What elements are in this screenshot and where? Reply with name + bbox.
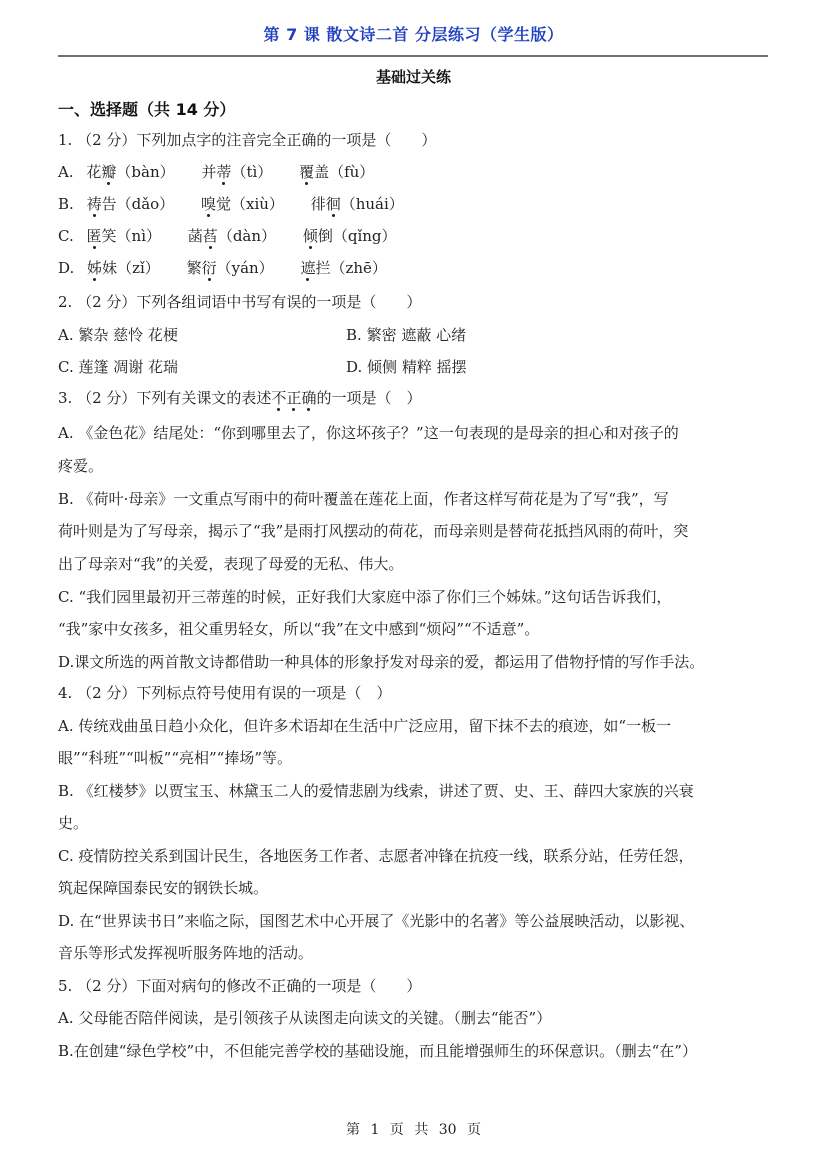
question-3-stem: 3. （2 分）下列有关课文的表述不正确的一项是（ ）: [58, 388, 421, 408]
question-3-option-b-line-3: 出了母亲对“我”的关爱，表现了母爱的无私、伟大。: [58, 554, 403, 574]
header-divider: [58, 55, 768, 57]
question-1-option-b: B. 祷告（dǎo） 嗅觉（xiù） 徘徊（huái）: [58, 194, 404, 214]
question-4-option-c-line-2: 筑起保障国泰民安的钢铁长城。: [58, 878, 268, 898]
question-4-option-b-line-1: B. 《红楼梦》以贾宝玉、林黛玉二人的爱情悲剧为线索，讲述了贾、史、王、薛四大家…: [58, 781, 694, 801]
question-2-option-b: B. 繁密 遮蔽 心绪: [346, 325, 466, 345]
question-1-stem: 1. （2 分）下列加点字的注音完全正确的一项是（ ）: [58, 130, 436, 150]
question-3-option-c-line-2: “我”家中女孩多，祖父重男轻女，所以“我”在文中感到“烦闷”“不适意”。: [58, 619, 539, 639]
question-2-stem: 2. （2 分）下列各组词语中书写有误的一项是（ ）: [58, 292, 421, 312]
question-5-option-a: A. 父母能否陪伴阅读，是引领孩子从读图走向读文的关键。（删去“能否”）: [58, 1008, 551, 1028]
question-2-options-row-1: A. 繁杂 慈怜 花梗 B. 繁密 遮蔽 心绪: [58, 325, 768, 345]
section-subtitle: 基础过关练: [0, 66, 827, 87]
question-3-option-c-line-1: C. “我们园里最初开三蒂莲的时候，正好我们大家庭中添了你们三个姊妹。”这句话告…: [58, 587, 671, 607]
question-4-option-a-line-1: A. 传统戏曲虽日趋小众化，但许多术语却在生活中广泛应用，留下抹不去的痕迹，如“…: [58, 716, 671, 736]
question-2-option-d: D. 倾侧 精粹 摇摆: [346, 357, 467, 377]
question-1-option-d: D. 姊妹（zǐ） 繁衍（yán） 遮拦（zhē）: [58, 258, 387, 278]
question-4-option-d-line-2: 音乐等形式发挥视听服务阵地的活动。: [58, 943, 313, 963]
document-title: 第 7 课 散文诗二首 分层练习（学生版）: [0, 22, 827, 45]
question-3-option-a-line-1: A. 《金色花》结尾处：“你到哪里去了，你这坏孩子？”这一句表现的是母亲的担心和…: [58, 423, 679, 443]
question-3-option-b-line-1: B. 《荷叶·母亲》一文重点写雨中的荷叶覆盖在莲花上面，作者这样写荷花是为了写“…: [58, 489, 669, 509]
page-number: 第 1 页 共 30 页: [0, 1119, 827, 1139]
question-1-option-a: A. 花瓣（bàn） 并蒂（tì） 覆盖（fù）: [58, 162, 374, 182]
question-4-option-a-line-2: 眼”“科班”“叫板”“亮相”“捧场”等。: [58, 748, 292, 768]
question-5-stem: 5. （2 分）下面对病句的修改不正确的一项是（ ）: [58, 976, 421, 996]
question-4-option-b-line-2: 史。: [58, 813, 88, 833]
question-2-options-row-2: C. 莲篷 凋谢 花瑞 D. 倾侧 精粹 摇摆: [58, 357, 768, 377]
question-2-option-c: C. 莲篷 凋谢 花瑞: [58, 358, 178, 376]
question-4-option-c-line-1: C. 疫情防控关系到国计民生，各地医务工作者、志愿者冲锋在抗疫一线，联系分站，任…: [58, 846, 694, 866]
question-3-option-a-line-2: 疼爱。: [58, 456, 103, 476]
question-5-option-b: B.在创建“绿色学校”中，不但能完善学校的基础设施，而且能增强师生的环保意识。（…: [58, 1041, 697, 1061]
question-4-option-d-line-1: D. 在“世界读书日”来临之际，国图艺术中心开展了《光影中的名著》等公益展映活动…: [58, 911, 694, 931]
question-4-stem: 4. （2 分）下列标点符号使用有误的一项是（ ）: [58, 683, 391, 703]
section-heading: 一、选择题（共 14 分）: [58, 97, 235, 120]
question-3-option-b-line-2: 荷叶则是为了写母亲，揭示了“我”是雨打风摆动的荷花，而母亲则是替荷花抵挡风雨的荷…: [58, 521, 688, 541]
question-1-option-c: C. 匿笑（nì） 菡萏（dàn） 倾倒（qǐng）: [58, 226, 397, 246]
question-2-option-a: A. 繁杂 慈怜 花梗: [58, 326, 178, 344]
question-3-option-d-line-1: D.课文所选的两首散文诗都借助一种具体的形象抒发对母亲的爱，都运用了借物抒情的写…: [58, 652, 704, 672]
